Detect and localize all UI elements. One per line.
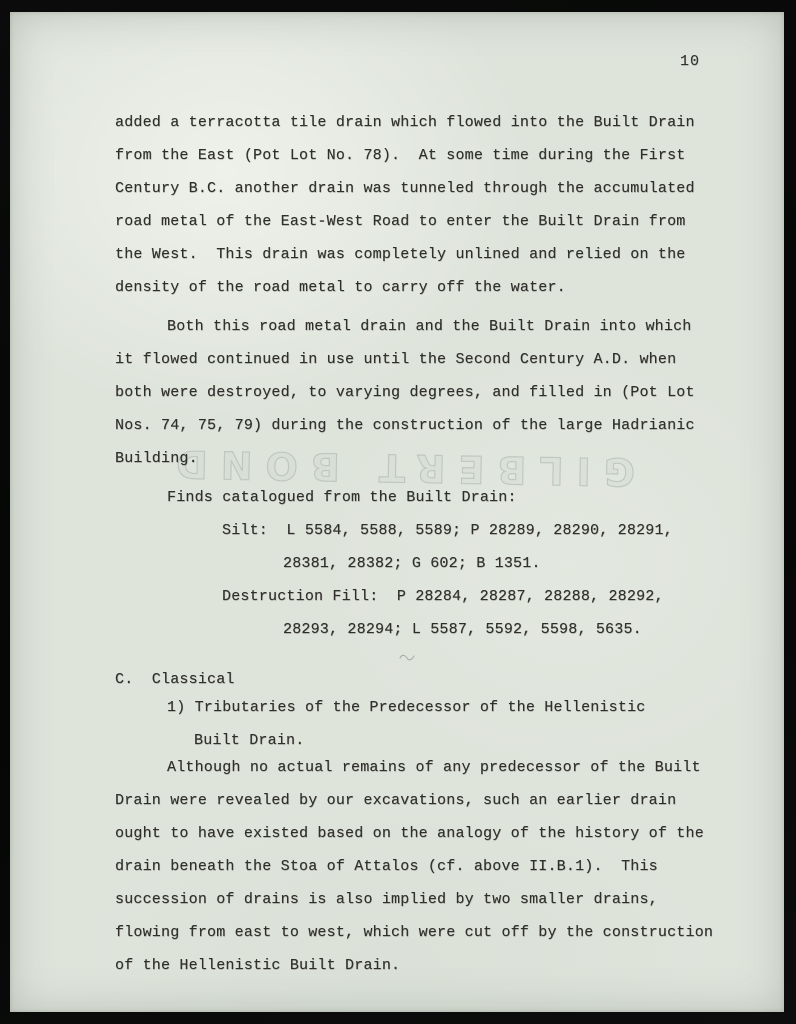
text-line: added a terracotta tile drain which flow… — [115, 106, 755, 139]
finds-fill-line: 28293, 28294; L 5587, 5592, 5598, 5635. — [115, 613, 755, 646]
text-line: of the Hellenistic Built Drain. — [115, 949, 755, 982]
scan-background: 10 GILBERT BOND added a terracotta tile … — [0, 0, 796, 1024]
page-content: added a terracotta tile drain which flow… — [115, 106, 755, 982]
text-line: from the East (Pot Lot No. 78). At some … — [115, 139, 755, 172]
finds-catalog: Finds catalogued from the Built Drain: S… — [115, 481, 755, 646]
text-line: Although no actual remains of any predec… — [115, 751, 755, 784]
text-line: both were destroyed, to varying degrees,… — [115, 376, 755, 409]
text-line: Century B.C. another drain was tunneled … — [115, 172, 755, 205]
text-line: road metal of the East-West Road to ente… — [115, 205, 755, 238]
text-line: density of the road metal to carry off t… — [115, 271, 755, 304]
text-line: Drain were revealed by our excavations, … — [115, 784, 755, 817]
document-page: 10 GILBERT BOND added a terracotta tile … — [10, 12, 784, 1012]
paragraph-1: added a terracotta tile drain which flow… — [115, 106, 755, 304]
text-line: it flowed continued in use until the Sec… — [115, 343, 755, 376]
finds-fill-line: Destruction Fill: P 28284, 28287, 28288,… — [115, 580, 755, 613]
subsection-title-line: 1) Tributaries of the Predecessor of the… — [115, 691, 755, 724]
text-line: succession of drains is also implied by … — [115, 883, 755, 916]
finds-silt-line: Silt: L 5584, 5588, 5589; P 28289, 28290… — [115, 514, 755, 547]
paragraph-2: Both this road metal drain and the Built… — [115, 310, 755, 475]
section-c-classical: C. Classical 1) Tributaries of the Prede… — [115, 663, 755, 982]
page-number: 10 — [680, 52, 700, 72]
text-line: ought to have existed based on the analo… — [115, 817, 755, 850]
text-line: the West. This drain was completely unli… — [115, 238, 755, 271]
text-line: Both this road metal drain and the Built… — [115, 310, 755, 343]
finds-silt-line: 28381, 28382; G 602; B 1351. — [115, 547, 755, 580]
text-line: drain beneath the Stoa of Attalos (cf. a… — [115, 850, 755, 883]
text-line: Nos. 74, 75, 79) during the construction… — [115, 409, 755, 442]
pencil-mark — [398, 650, 416, 668]
finds-heading: Finds catalogued from the Built Drain: — [115, 481, 755, 514]
paragraph-3: Although no actual remains of any predec… — [115, 751, 755, 982]
text-line: Building. — [115, 442, 755, 475]
text-line: flowing from east to west, which were cu… — [115, 916, 755, 949]
